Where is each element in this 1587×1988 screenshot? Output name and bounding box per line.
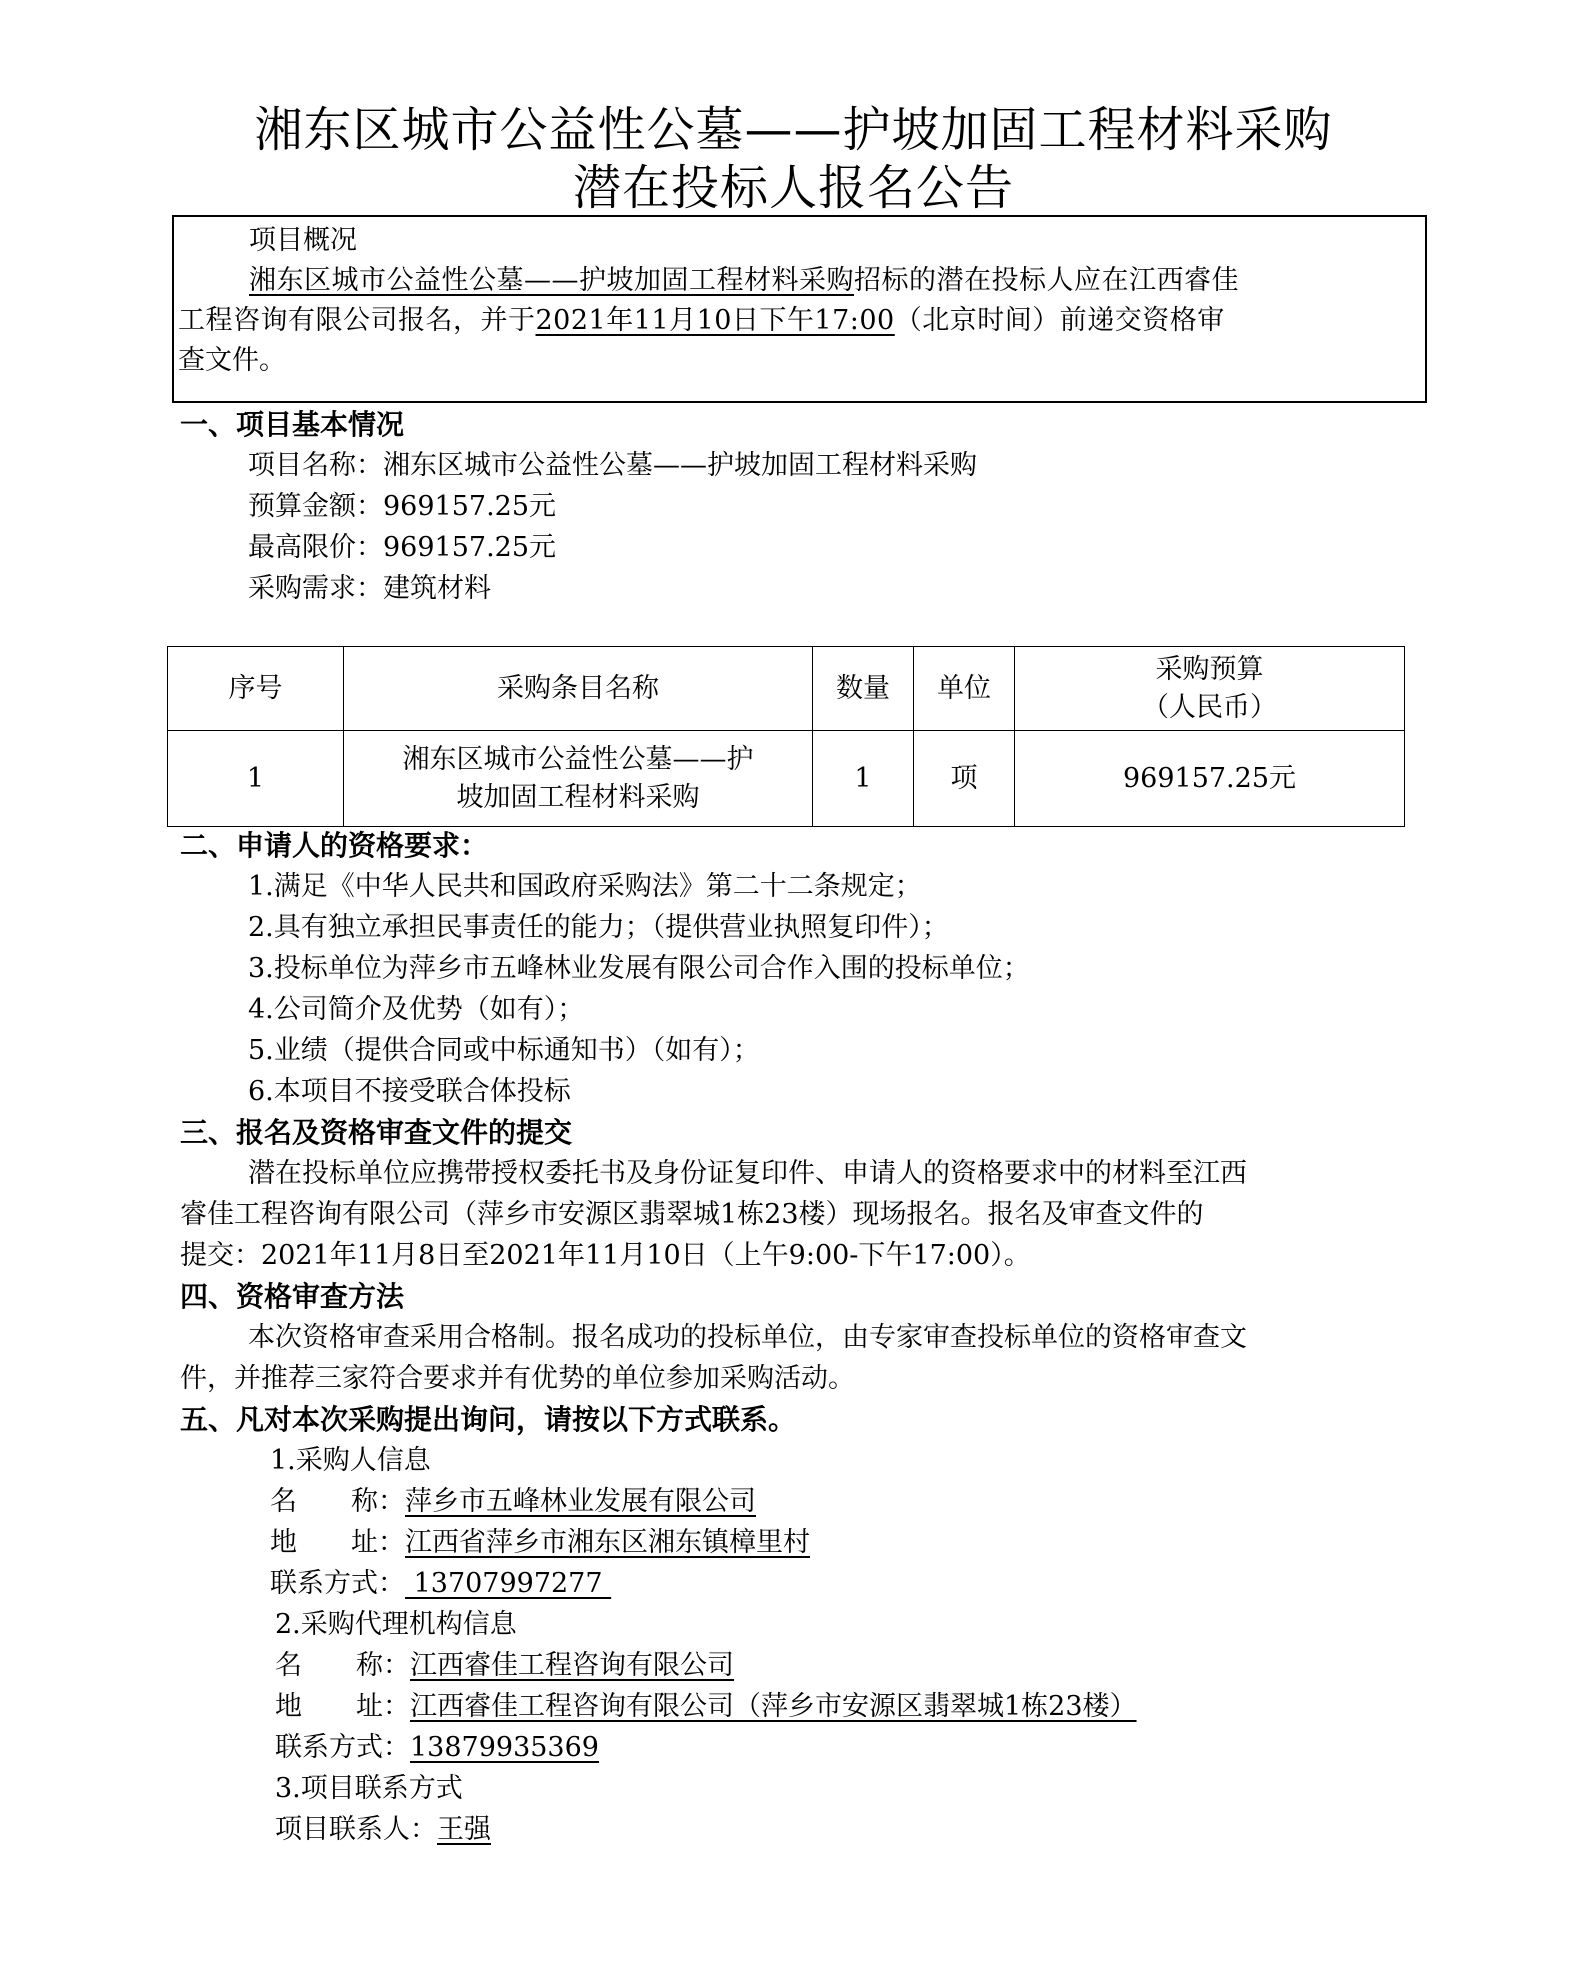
- section3-line: 潜在投标单位应携带授权委托书及身份证复印件、申请人的资格要求中的材料至江西: [248, 1154, 1247, 1194]
- section3-line: 睿佳工程咨询有限公司（萍乡市安源区翡翠城1栋23楼）现场报名。报名及审查文件的: [180, 1195, 1204, 1235]
- purchaser-phone: 13707997277: [405, 1568, 611, 1599]
- project-contact-heading: 3.项目联系方式: [275, 1769, 463, 1809]
- overview-line2: 工程咨询有限公司报名，并于2021年11月10日下午17:00（北京时间）前递交…: [178, 301, 1225, 341]
- section3-line: 提交：2021年11月8日至2021年11月10日（上午9:00-下午17:00…: [180, 1236, 1031, 1276]
- budget-amount: 预算金额：969157.25元: [248, 487, 556, 527]
- overview-line3: 查文件。: [178, 341, 286, 381]
- overview-box: 项目概况 湘东区城市公益性公墓——护坡加固工程材料采购招标的潜在投标人应在江西睿…: [172, 215, 1427, 403]
- overview-deadline: 2021年11月10日下午17:00: [536, 305, 895, 336]
- project-contact-line: 项目联系人：王强: [275, 1810, 491, 1850]
- purchaser-address-line: 地 址：江西省萍乡市湘东区湘东镇樟里村: [270, 1523, 810, 1563]
- table-header-row: 序号 采购条目名称 数量 单位 采购预算（人民币）: [168, 647, 1405, 731]
- section4-line: 本次资格审查采用合格制。报名成功的投标单位，由专家审查投标单位的资格审查文: [248, 1318, 1247, 1358]
- document-title-line1: 湘东区城市公益性公墓——护坡加固工程材料采购: [0, 102, 1587, 158]
- cell-item-name: 湘东区城市公益性公墓——护坡加固工程材料采购: [344, 731, 813, 827]
- cell-unit: 项: [914, 731, 1015, 827]
- header-quantity: 数量: [813, 647, 914, 731]
- purchaser-name-line: 名 称：萍乡市五峰林业发展有限公司: [270, 1482, 756, 1522]
- overview-heading: 项目概况: [249, 221, 357, 261]
- procurement-table: 序号 采购条目名称 数量 单位 采购预算（人民币） 1 湘东区城市公益性公墓——…: [167, 646, 1405, 827]
- purchaser-address: 江西省萍乡市湘东区湘东镇樟里村: [405, 1527, 810, 1558]
- requirement-item: 6.本项目不接受联合体投标: [248, 1072, 571, 1112]
- section1-heading: 一、项目基本情况: [180, 405, 404, 445]
- max-price: 最高限价：969157.25元: [248, 528, 556, 568]
- requirement-item: 4.公司简介及优势（如有）；: [248, 990, 584, 1030]
- agency-address-line: 地 址：江西睿佳工程咨询有限公司（萍乡市安源区翡翠城1栋23楼）: [275, 1687, 1137, 1727]
- project-contact-person: 王强: [437, 1814, 491, 1845]
- agency-address: 江西睿佳工程咨询有限公司（萍乡市安源区翡翠城1栋23楼）: [410, 1691, 1137, 1722]
- header-budget: 采购预算（人民币）: [1015, 647, 1405, 731]
- document-title-line2: 潜在投标人报名公告: [0, 160, 1587, 216]
- cell-no: 1: [168, 731, 344, 827]
- requirement-item: 3.投标单位为萍乡市五峰林业发展有限公司合作入围的投标单位；: [248, 949, 1030, 989]
- overview-project-name: 湘东区城市公益性公墓——护坡加固工程材料采购: [249, 265, 854, 296]
- purchaser-name: 萍乡市五峰林业发展有限公司: [405, 1486, 756, 1517]
- header-unit: 单位: [914, 647, 1015, 731]
- purchaser-contact-line: 联系方式： 13707997277: [270, 1564, 611, 1604]
- section4-line: 件，并推荐三家符合要求并有优势的单位参加采购活动。: [180, 1359, 855, 1399]
- purchase-requirement: 采购需求：建筑材料: [248, 569, 491, 609]
- agency-name-line: 名 称：江西睿佳工程咨询有限公司: [275, 1646, 734, 1686]
- requirement-item: 5.业绩（提供合同或中标通知书）（如有）；: [248, 1031, 760, 1071]
- section3-heading: 三、报名及资格审查文件的提交: [180, 1113, 572, 1153]
- header-no: 序号: [168, 647, 344, 731]
- agency-heading: 2.采购代理机构信息: [275, 1605, 517, 1645]
- project-name: 项目名称：湘东区城市公益性公墓——护坡加固工程材料采购: [248, 446, 977, 486]
- overview-line1: 湘东区城市公益性公墓——护坡加固工程材料采购招标的潜在投标人应在江西睿佳: [249, 261, 1239, 301]
- cell-quantity: 1: [813, 731, 914, 827]
- table-row: 1 湘东区城市公益性公墓——护坡加固工程材料采购 1 项 969157.25元: [168, 731, 1405, 827]
- requirement-item: 1.满足《中华人民共和国政府采购法》第二十二条规定；: [248, 867, 922, 907]
- agency-contact-line: 联系方式：13879935369: [275, 1728, 599, 1768]
- cell-budget: 969157.25元: [1015, 731, 1405, 827]
- purchaser-heading: 1.采购人信息: [270, 1441, 431, 1481]
- section4-heading: 四、资格审查方法: [180, 1277, 404, 1317]
- agency-name: 江西睿佳工程咨询有限公司: [410, 1650, 734, 1681]
- agency-phone: 13879935369: [410, 1732, 599, 1763]
- section2-heading: 二、申请人的资格要求：: [180, 826, 488, 866]
- section5-heading: 五、凡对本次采购提出询问，请按以下方式联系。: [180, 1400, 796, 1440]
- requirement-item: 2.具有独立承担民事责任的能力；（提供营业执照复印件）；: [248, 908, 949, 948]
- document-page: 湘东区城市公益性公墓——护坡加固工程材料采购 潜在投标人报名公告 项目概况 湘东…: [0, 0, 1587, 1988]
- header-item-name: 采购条目名称: [344, 647, 813, 731]
